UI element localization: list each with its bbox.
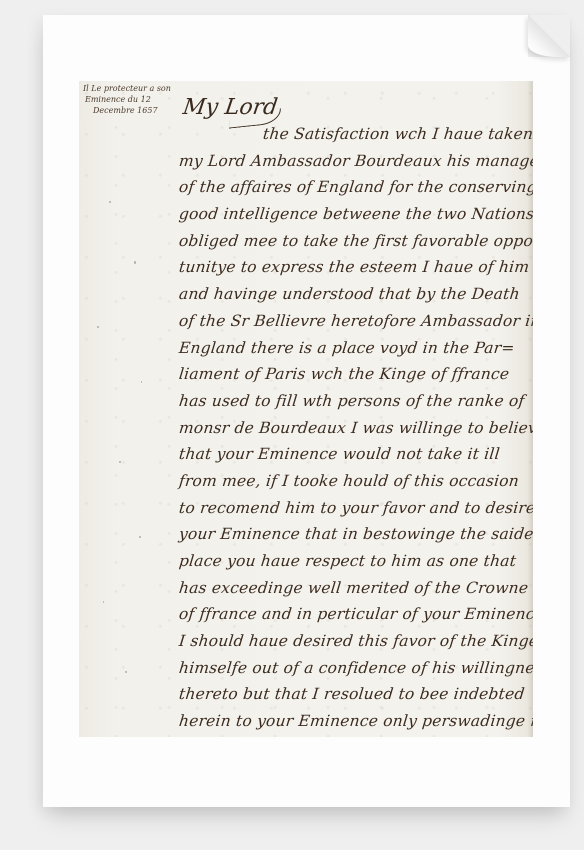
letter-line: selfe that seeinge I doe recomend a pers… <box>178 735 531 737</box>
margin-note-line-2: Eminence du 12 <box>83 94 173 105</box>
letter-line: and havinge understood that by the Death <box>178 281 531 308</box>
letter-line: herein to your Eminence only perswadinge… <box>178 708 531 735</box>
letter-line: place you haue respect to him as one tha… <box>178 548 531 575</box>
paper-speck <box>119 461 121 463</box>
paper-speck <box>103 601 104 603</box>
salutation: My Lord <box>181 95 279 120</box>
print-card: Il Le protecteur a son Eminence du 12 De… <box>43 15 570 807</box>
letter-line: has exceedinge well merited of the Crown… <box>178 575 531 602</box>
letter-line: tunitye to express the esteem I haue of … <box>178 254 531 281</box>
letter-line: the Satisfaction wch I haue taken in <box>178 121 531 148</box>
letter-line: has used to fill wth persons of the rank… <box>178 388 531 415</box>
letter-line: himselfe out of a confidence of his will… <box>178 655 531 682</box>
letter-line: that your Eminence would not take it ill <box>178 441 531 468</box>
letter-line: thereto but that I resolued to bee indeb… <box>178 681 531 708</box>
margin-note-line-3: Decembre 1657 <box>83 105 173 116</box>
letter-line: of ffrance and in perticular of your Emi… <box>178 601 531 628</box>
page-curl-corner <box>528 15 570 57</box>
margin-note: Il Le protecteur a son Eminence du 12 De… <box>83 83 173 116</box>
letter-line: I should haue desired this favor of the … <box>178 628 531 655</box>
viewer-stage: Il Le protecteur a son Eminence du 12 De… <box>0 0 584 850</box>
paper-speck <box>134 261 136 264</box>
letter-line: England there is a place voyd in the Par… <box>178 335 531 362</box>
paper-speck <box>109 201 111 203</box>
letter-line: of the affaires of England for the conse… <box>178 174 531 201</box>
manuscript-image: Il Le protecteur a son Eminence du 12 De… <box>79 81 533 737</box>
paper-speck <box>139 536 141 538</box>
letter-line: obliged mee to take the first favorable … <box>178 228 531 255</box>
margin-note-line-1: Il Le protecteur a son <box>83 83 173 94</box>
letter-line: monsr de Bourdeaux I was willinge to bel… <box>178 415 531 442</box>
paper-speck <box>97 326 99 328</box>
letter-line: liament of Paris wch the Kinge of ffranc… <box>178 361 531 388</box>
letter-line: of the Sr Bellievre heretofore Ambassado… <box>178 308 531 335</box>
letter-line: good intelligence betweene the two Natio… <box>178 201 531 228</box>
letter-line: to recomend him to your favor and to des… <box>178 495 531 522</box>
letter-line: from mee, if I tooke hould of this occas… <box>178 468 531 495</box>
letter-line: your Eminence that in bestowinge the sai… <box>178 521 531 548</box>
paper-speck <box>125 671 127 673</box>
letter-line: my Lord Ambassador Bourdeaux his managem… <box>178 148 531 175</box>
paper-speck <box>141 381 142 383</box>
letter-body: the Satisfaction wch I haue taken in my … <box>179 121 529 737</box>
